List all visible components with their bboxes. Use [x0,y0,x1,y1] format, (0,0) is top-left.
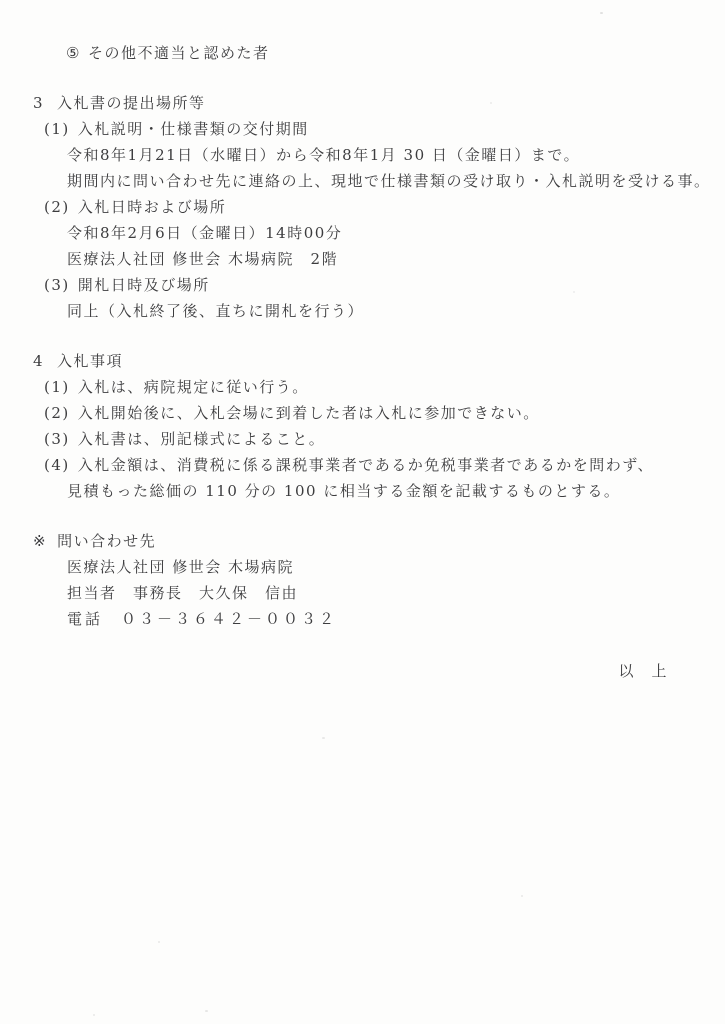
item-title: 入札日時および場所 [78,198,227,216]
item-text: 入札は、病院規定に従い行う。 [78,378,309,396]
item-text: 入札開始後に、入札会場に到着した者は入札に参加できない。 [78,404,540,422]
section3-item-2: (2)入札日時および場所 [44,194,725,220]
item-text: 入札書は、別記様式によること。 [78,430,326,448]
scan-speck [93,1014,95,1016]
section4-number: 4 [33,348,44,374]
item-marker: (3) [44,426,70,452]
section4-heading: 4入札事項 [33,348,725,374]
scan-speck [322,737,325,739]
contact-person: 担当者 事務長 大久保 信由 [67,580,725,606]
item-marker: (2) [44,400,70,426]
scan-speck [600,12,603,14]
body-line: 同上（入札終了後、直ちに開札を行う） [67,298,725,324]
item-marker: (4) [44,452,70,478]
scanned-document-page: ⑤その他不適当と認めた者 3入札書の提出場所等 (1)入札説明・仕様書類の交付期… [0,0,725,1024]
clause-marker: ⑤ [66,40,81,66]
section4-item-2: (2)入札開始後に、入札会場に到着した者は入札に参加できない。 [44,400,725,426]
clause-text: その他不適当と認めた者 [88,44,270,62]
reference-marker: ※ [33,528,47,554]
item-marker: (1) [44,116,70,142]
body-text: 期間内に問い合わせ先に連絡の上、現地で仕様書類の受け取り・入札説明を受ける事。 [67,172,711,190]
closing-text: 以 上 [618,662,668,680]
body-text: 医療法人社団 修世会 木場病院 2階 [67,250,338,268]
body-text: 令和8年2月6日（金曜日）14時00分 [67,224,342,242]
item-marker: (1) [44,374,70,400]
item-text: 入札金額は、消費税に係る課税事業者であるか免税事業者であるかを問わず、 [78,456,654,474]
item-marker: (3) [44,272,70,298]
scan-speck [158,941,160,943]
contact-hospital: 医療法人社団 修世会 木場病院 [67,554,725,580]
scan-speck [521,895,523,897]
scan-speck [205,1010,208,1012]
body-line: 令和8年2月6日（金曜日）14時00分 [67,220,725,246]
body-line: 見積もった総価の 110 分の 100 に相当する金額を記載するものとする。 [67,478,725,504]
section3-item-1: (1)入札説明・仕様書類の交付期間 [44,116,725,142]
item-title: 入札説明・仕様書類の交付期間 [78,120,309,138]
item-marker: (2) [44,194,70,220]
body-text: 同上（入札終了後、直ちに開札を行う） [67,302,364,320]
body-text: 令和8年1月21日（水曜日）から令和8年1月 30 日（金曜日）まで。 [67,146,580,164]
contact-heading: ※問い合わせ先 [33,528,725,554]
body-text: 見積もった総価の 110 分の 100 に相当する金額を記載するものとする。 [67,482,620,500]
closing-line: 以 上 [0,658,668,684]
phone-number: 電話 ０３－３６４２－００３２ [67,610,337,628]
section4-title: 入札事項 [57,352,123,370]
item-title: 開札日時及び場所 [78,276,210,294]
section4-item-4: (4)入札金額は、消費税に係る課税事業者であるか免税事業者であるかを問わず、 [44,452,725,478]
contact-phone: 電話 ０３－３６４２－００３２ [67,606,725,632]
body-line: 令和8年1月21日（水曜日）から令和8年1月 30 日（金曜日）まで。 [67,142,725,168]
document-content: ⑤その他不適当と認めた者 3入札書の提出場所等 (1)入札説明・仕様書類の交付期… [0,0,725,684]
contact-text: 医療法人社団 修世会 木場病院 [67,558,294,576]
contact-title: 問い合わせ先 [57,532,156,550]
section3-number: 3 [33,90,44,116]
section4-item-3: (3)入札書は、別記様式によること。 [44,426,725,452]
scan-speck [573,291,575,293]
section3-item-3: (3)開札日時及び場所 [44,272,725,298]
section3-title: 入札書の提出場所等 [57,94,206,112]
body-line: 医療法人社団 修世会 木場病院 2階 [67,246,725,272]
body-line: 期間内に問い合わせ先に連絡の上、現地で仕様書類の受け取り・入札説明を受ける事。 [67,168,725,194]
section4-item-1: (1)入札は、病院規定に従い行う。 [44,374,725,400]
contact-text: 担当者 事務長 大久保 信由 [67,584,298,602]
scan-speck [490,102,492,104]
section3-heading: 3入札書の提出場所等 [33,90,725,116]
clause-item-5: ⑤その他不適当と認めた者 [66,40,725,66]
